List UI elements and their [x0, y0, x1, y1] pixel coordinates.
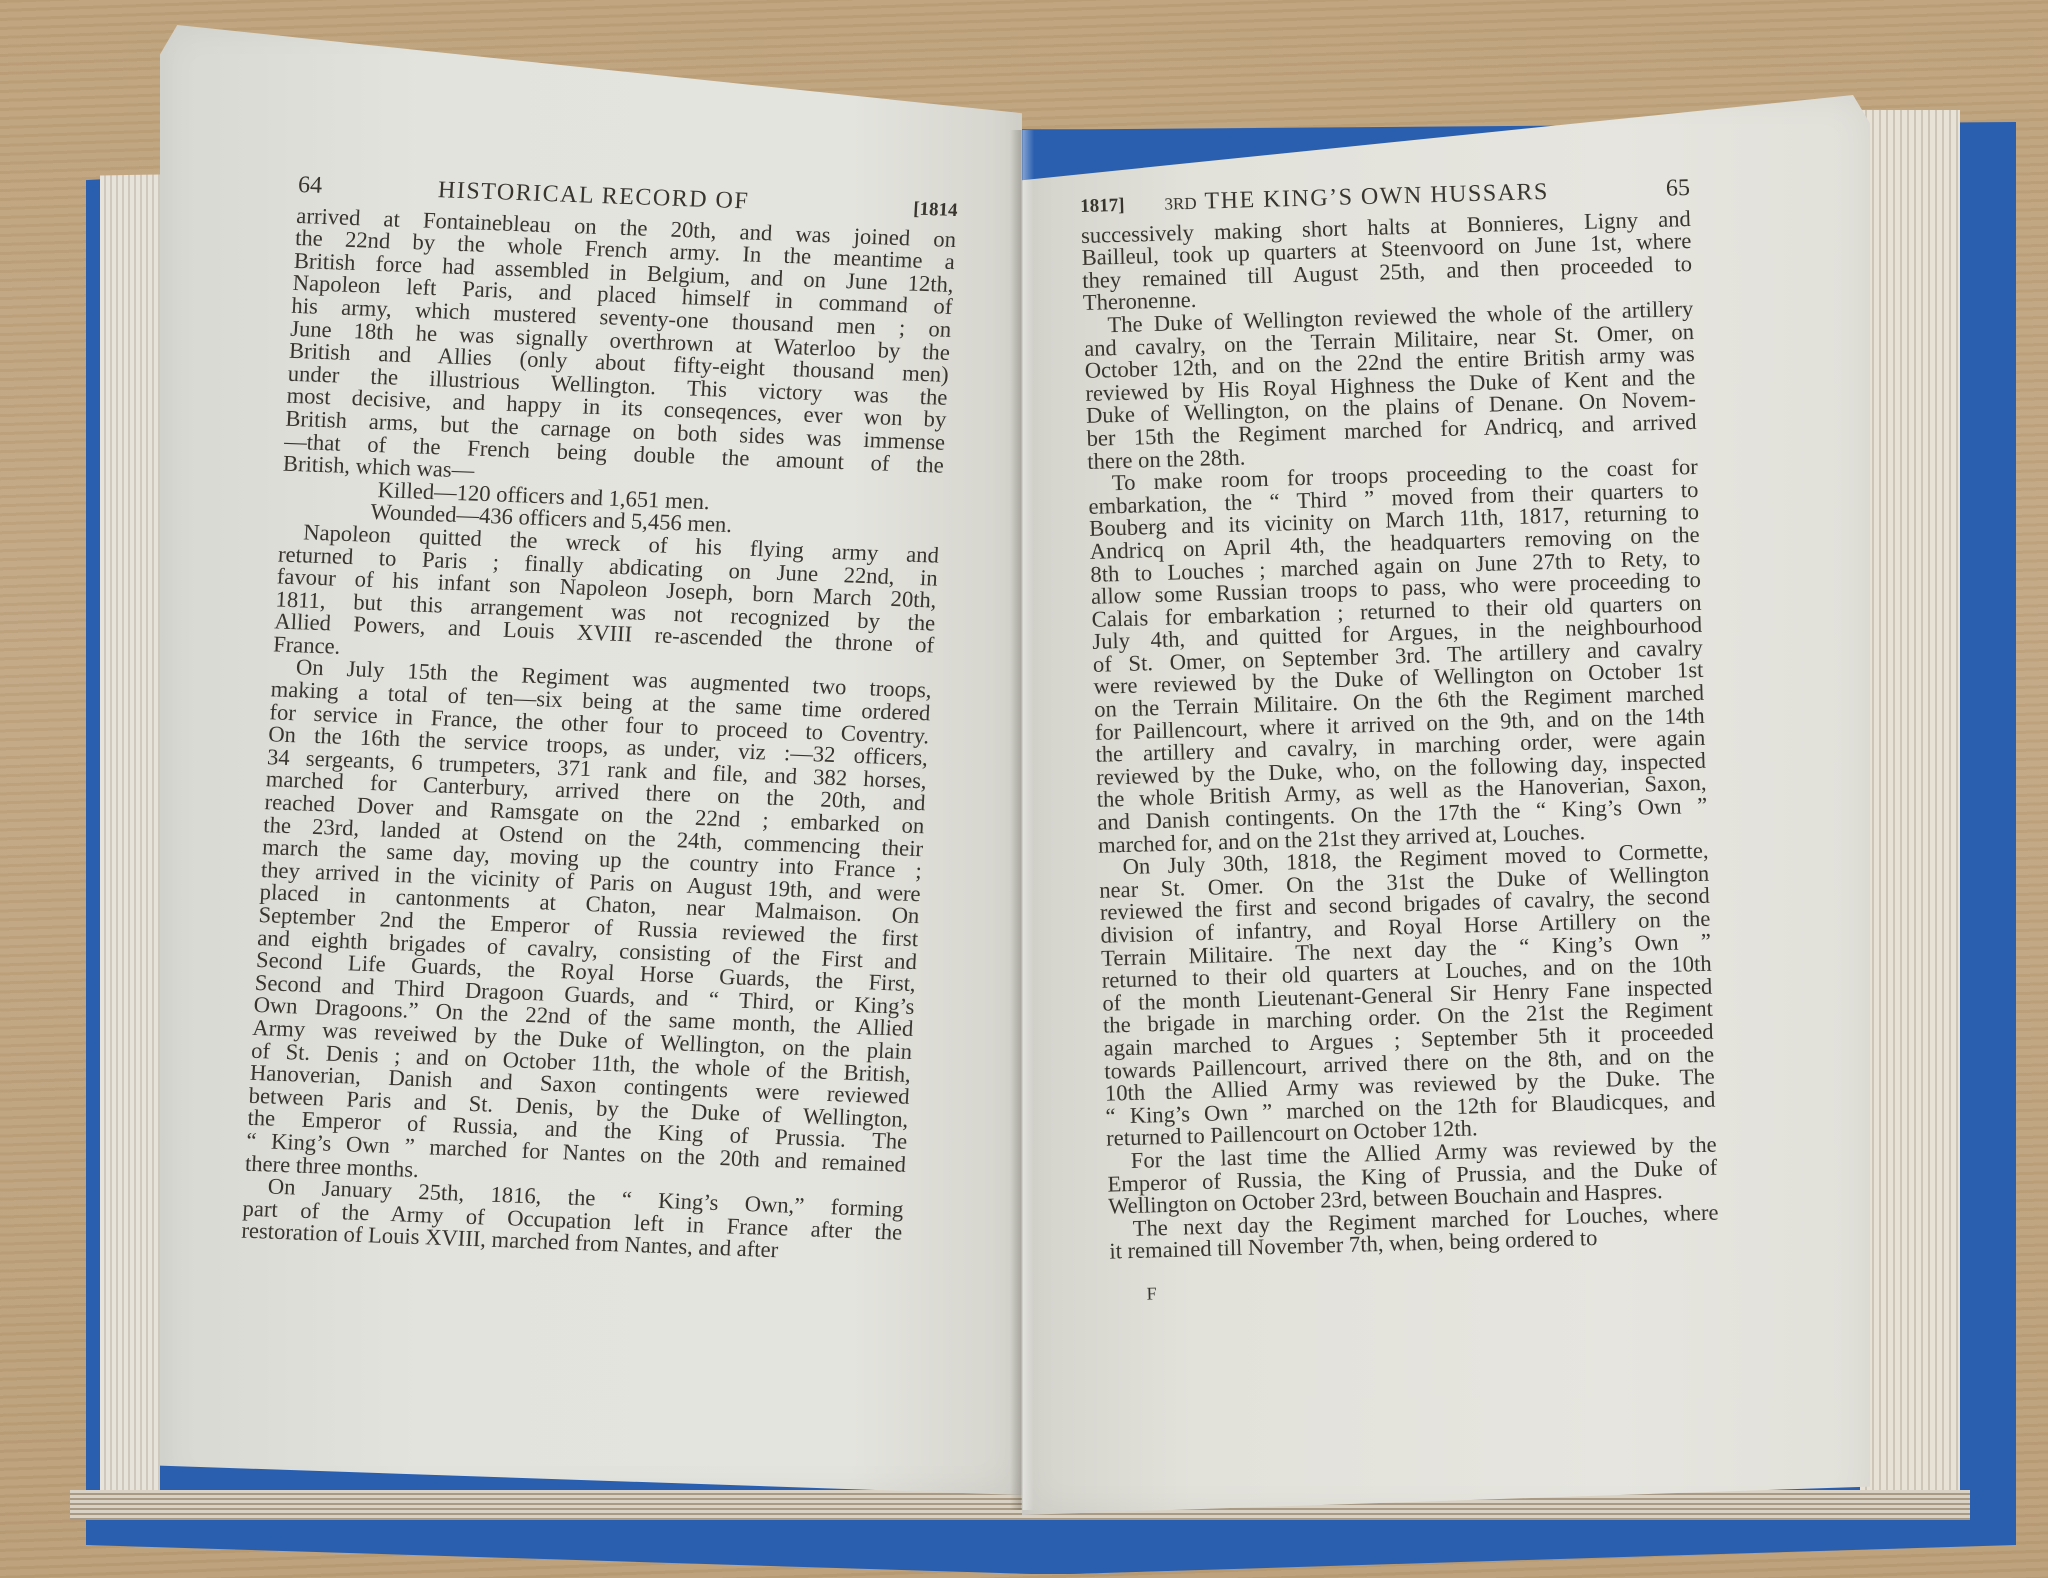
left-page-text: 64 HISTORICAL RECORD OF [1814 arrived at…: [241, 150, 960, 1267]
right-page-text: 1817] 3RD THE KING’S OWN HUSSARS 65 succ…: [1080, 183, 1721, 1306]
year-tag-right: 1817]: [1080, 195, 1125, 219]
page-number-right: 65: [1666, 177, 1691, 200]
page-stack-left: [100, 174, 160, 1515]
paragraph: On July 15th the Regiment was augmented …: [244, 656, 932, 1199]
signature-mark: F: [1146, 1283, 1157, 1303]
running-head-ordinal: 3RD: [1164, 193, 1197, 216]
page-number-left: 64: [297, 174, 438, 202]
paragraph: To make room for troops proceeding to th…: [1088, 456, 1708, 857]
year-tag-left: [1814: [913, 199, 959, 223]
paragraph: On July 30th, 1818, the Regiment moved t…: [1098, 840, 1716, 1151]
paragraph: arrived at Fontainebleau on the 20th, an…: [282, 205, 956, 500]
book-gutter: [1010, 130, 1034, 1510]
paragraph: The Duke of Wellington reviewed the whol…: [1083, 298, 1697, 473]
paragraph: Napoleon quitted the wreck of his flying…: [273, 520, 940, 680]
page-stack-right: [1860, 110, 1960, 1500]
